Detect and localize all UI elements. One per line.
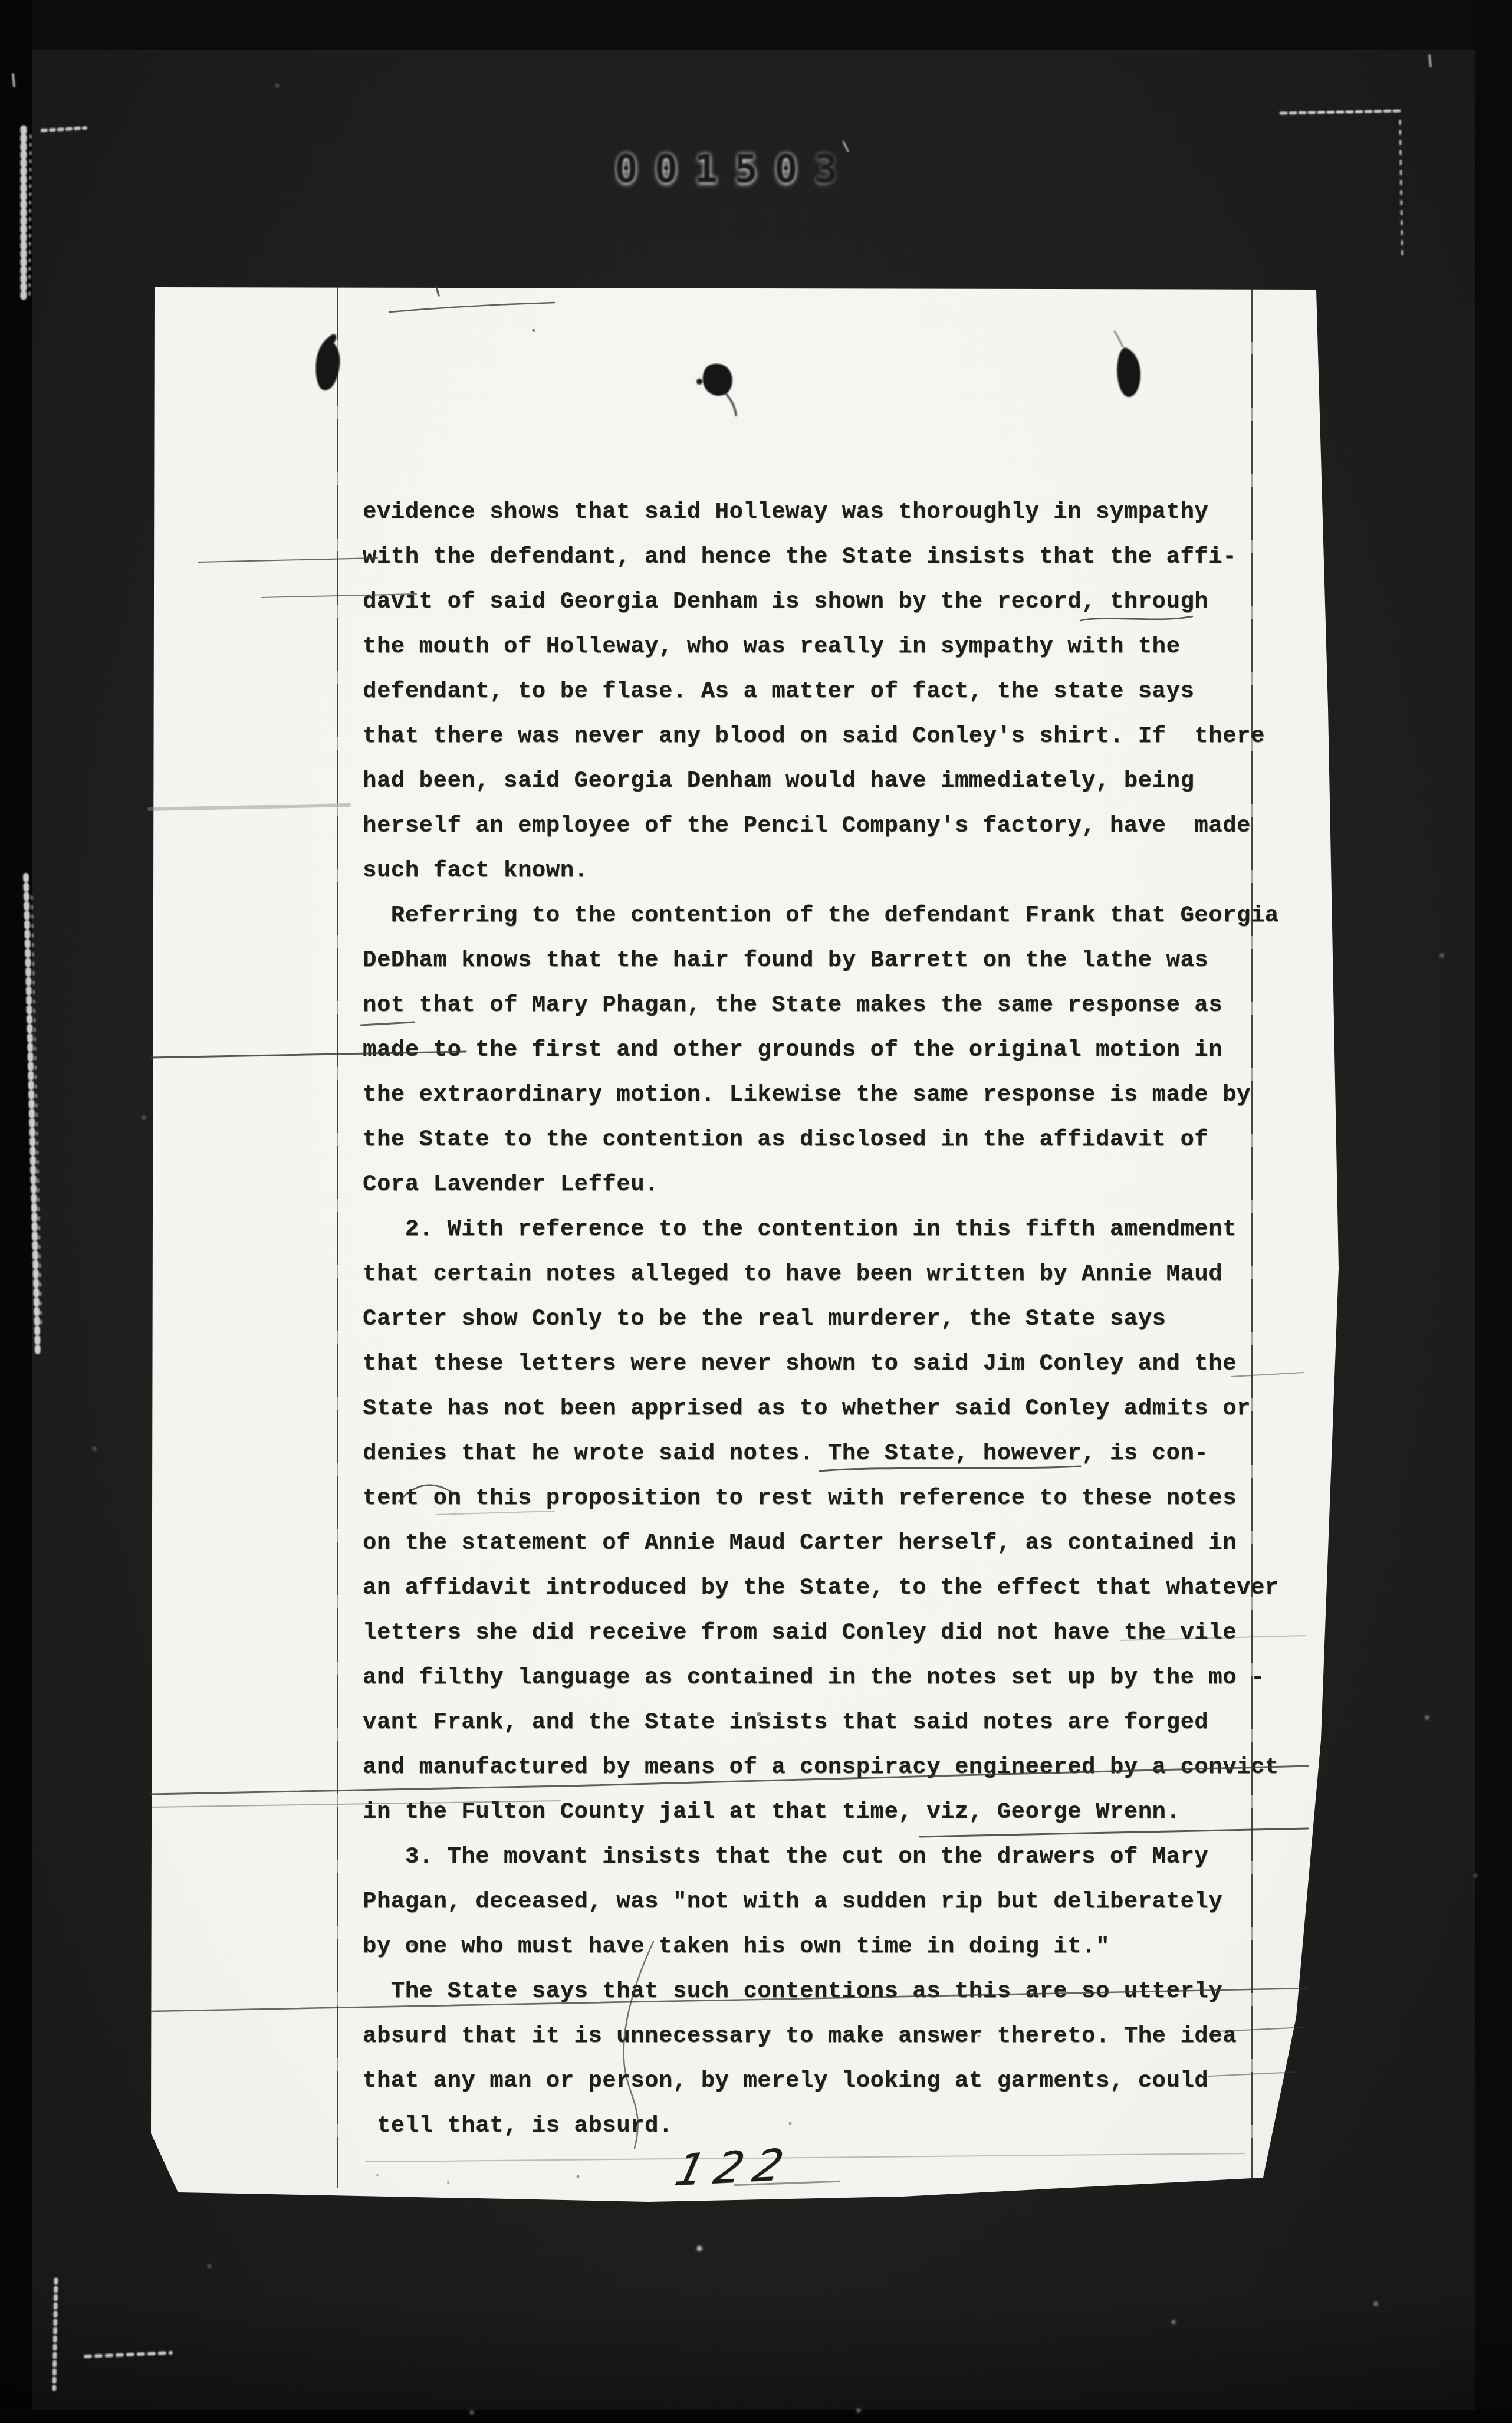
document-line: in the Fulton County jail at that time, … [363, 1790, 1318, 1834]
document-line: that any man or person, by merely lookin… [363, 2058, 1318, 2103]
document-line: DeDham knows that the hair found by Barr… [363, 938, 1318, 983]
microfilm-scan-frame: 001503 evidence shows that said Holleway… [0, 0, 1512, 2423]
document-line: an affidavit introduced by the State, to… [363, 1565, 1318, 1610]
document-line: the extraordinary motion. Likewise the s… [363, 1072, 1318, 1117]
document-line: denies that he wrote said notes. The Sta… [363, 1431, 1318, 1476]
document-line: and filthy language as contained in the … [363, 1655, 1318, 1700]
left-margin-rule [337, 287, 338, 2188]
document-line: tell that, is absurd. [363, 2103, 1318, 2148]
film-right-edge [1475, 0, 1512, 2423]
film-top-band [0, 0, 1512, 50]
document-line: on the statement of Annie Maud Carter he… [363, 1521, 1318, 1565]
document-line: absurd that it is unnecessary to make an… [363, 2014, 1318, 2058]
document-line: that these letters were never shown to s… [363, 1341, 1318, 1386]
document-line: herself an employee of the Pencil Compan… [363, 803, 1318, 848]
typewritten-text: evidence shows that said Holleway was th… [363, 490, 1318, 2148]
document-line: made to the first and other grounds of t… [363, 1027, 1318, 1072]
film-bottom-edge [0, 2410, 1512, 2423]
film-bottom-shade [0, 2294, 1512, 2412]
document-line: State has not been apprised as to whethe… [363, 1386, 1318, 1431]
document-line: the State to the contention as disclosed… [363, 1117, 1318, 1162]
document-line: vant Frank, and the State insists that s… [363, 1700, 1318, 1745]
document-line: Phagan, deceased, was "not with a sudden… [363, 1879, 1318, 1924]
document-line: defendant, to be flase. As a matter of f… [363, 669, 1318, 714]
handwritten-page-number: 122 [670, 2139, 799, 2196]
frame-number-stamp: 001503 [614, 146, 854, 192]
document-line: davit of said Georgia Denham is shown by… [363, 579, 1318, 624]
document-line: the mouth of Holleway, who was really in… [363, 624, 1318, 669]
document-line: Carter show Conly to be the real murdere… [363, 1296, 1318, 1341]
document-line: had been, said Georgia Denham would have… [363, 759, 1318, 803]
document-line: 3. The movant insists that the cut on th… [363, 1834, 1318, 1879]
document-line: The State says that such contentions as … [363, 1969, 1318, 2014]
document-line: tent on this proposition to rest with re… [363, 1476, 1318, 1521]
document-line: letters she did receive from said Conley… [363, 1610, 1318, 1655]
document-line: evidence shows that said Holleway was th… [363, 490, 1318, 534]
document-line: that there was never any blood on said C… [363, 714, 1318, 759]
document-line: such fact known. [363, 848, 1318, 893]
document-line: 2. With reference to the contention in t… [363, 1207, 1318, 1252]
document-line: by one who must have taken his own time … [363, 1924, 1318, 1969]
document-line: with the defendant, and hence the State … [363, 534, 1318, 579]
document-line: Cora Lavender Leffeu. [363, 1162, 1318, 1207]
document-line: that certain notes alleged to have been … [363, 1252, 1318, 1296]
document-line: and manufactured by means of a conspirac… [363, 1745, 1318, 1790]
document-line: not that of Mary Phagan, the State makes… [363, 983, 1318, 1027]
film-left-edge [0, 0, 32, 2423]
document-line: Referring to the contention of the defen… [363, 893, 1318, 938]
